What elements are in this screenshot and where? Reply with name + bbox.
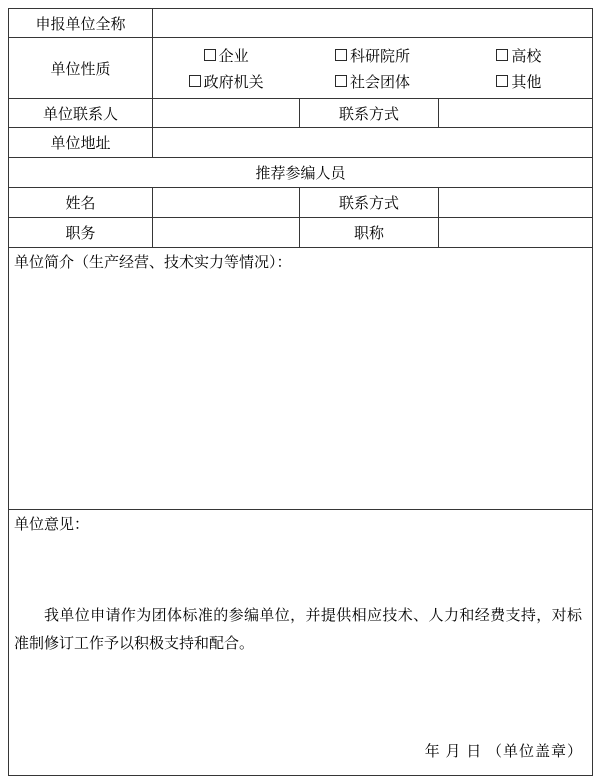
row-members-section-header: 推荐参编人员 xyxy=(9,158,593,188)
checkbox-icon[interactable] xyxy=(496,49,508,61)
member-title-label: 职称 xyxy=(300,218,439,248)
unit-contact-method-label: 联系方式 xyxy=(300,99,439,128)
form-page: 申报单位全称 单位性质 企业 科研院所 高校 xyxy=(0,0,600,780)
row-unit-profile: 单位简介（生产经营、技术实力等情况）： xyxy=(9,248,593,510)
member-title-field[interactable] xyxy=(439,218,593,248)
unit-profile-inner: 单位简介（生产经营、技术实力等情况）： xyxy=(9,248,592,504)
row-unit-contact: 单位联系人 联系方式 xyxy=(9,99,593,128)
unit-nature-label: 单位性质 xyxy=(9,38,153,99)
checkbox-icon[interactable] xyxy=(204,49,216,61)
unit-name-label: 申报单位全称 xyxy=(9,9,153,38)
checkbox-option-label: 科研院所 xyxy=(350,45,410,66)
unit-contact-method-field[interactable] xyxy=(439,99,593,128)
checkbox-icon[interactable] xyxy=(189,75,201,87)
application-form-table: 申报单位全称 单位性质 企业 科研院所 高校 xyxy=(8,8,593,776)
checkbox-option-government[interactable]: 政府机关 xyxy=(153,73,299,89)
checkbox-option-social-organization[interactable]: 社会团体 xyxy=(299,73,445,89)
unit-opinion-cell: 单位意见： 我单位申请作为团体标准的参编单位，并提供相应技术、人力和经费支持，对… xyxy=(9,510,593,776)
row-unit-address: 单位地址 xyxy=(9,128,593,158)
row-unit-nature: 单位性质 企业 科研院所 高校 xyxy=(9,38,593,99)
checkbox-icon[interactable] xyxy=(335,75,347,87)
member-name-label: 姓名 xyxy=(9,188,153,218)
checkbox-option-label: 高校 xyxy=(511,45,541,66)
member-contact-method-label: 联系方式 xyxy=(300,188,439,218)
member-name-field[interactable] xyxy=(153,188,300,218)
checkbox-option-research-institute[interactable]: 科研院所 xyxy=(299,47,445,63)
row-unit-opinion: 单位意见： 我单位申请作为团体标准的参编单位，并提供相应技术、人力和经费支持，对… xyxy=(9,510,593,776)
checkbox-icon[interactable] xyxy=(335,49,347,61)
checkbox-option-other[interactable]: 其他 xyxy=(446,73,592,89)
unit-profile-field[interactable] xyxy=(14,274,586,499)
unit-contact-field[interactable] xyxy=(153,99,300,128)
checkbox-icon[interactable] xyxy=(496,75,508,87)
checkbox-option-label: 政府机关 xyxy=(204,71,264,92)
checkbox-option-enterprise[interactable]: 企业 xyxy=(153,47,299,63)
row-member-name: 姓名 联系方式 xyxy=(9,188,593,218)
unit-opinion-inner: 单位意见： 我单位申请作为团体标准的参编单位，并提供相应技术、人力和经费支持，对… xyxy=(9,510,592,770)
unit-profile-label: 单位简介（生产经营、技术实力等情况）： xyxy=(14,253,586,274)
unit-address-field[interactable] xyxy=(153,128,593,158)
member-contact-method-field[interactable] xyxy=(439,188,593,218)
unit-opinion-statement: 我单位申请作为团体标准的参编单位，并提供相应技术、人力和经费支持，对标准制修订工… xyxy=(14,602,586,658)
checkbox-option-university[interactable]: 高校 xyxy=(446,47,592,63)
checkbox-option-label: 社会团体 xyxy=(350,71,410,92)
row-member-position: 职务 职称 xyxy=(9,218,593,248)
unit-nature-options-cell: 企业 科研院所 高校 政府机关 xyxy=(153,38,593,99)
unit-nature-options-grid: 企业 科研院所 高校 政府机关 xyxy=(153,47,592,89)
member-position-field[interactable] xyxy=(153,218,300,248)
unit-profile-cell: 单位简介（生产经营、技术实力等情况）： xyxy=(9,248,593,510)
row-unit-name: 申报单位全称 xyxy=(9,9,593,38)
members-section-title: 推荐参编人员 xyxy=(9,158,593,188)
checkbox-option-label: 企业 xyxy=(219,45,249,66)
unit-contact-label: 单位联系人 xyxy=(9,99,153,128)
member-position-label: 职务 xyxy=(9,218,153,248)
unit-address-label: 单位地址 xyxy=(9,128,153,158)
unit-opinion-label: 单位意见： xyxy=(14,515,586,536)
signature-date-line: 年 月 日 （单位盖章） xyxy=(425,743,583,761)
checkbox-option-label: 其他 xyxy=(511,71,541,92)
unit-name-field[interactable] xyxy=(153,9,593,38)
